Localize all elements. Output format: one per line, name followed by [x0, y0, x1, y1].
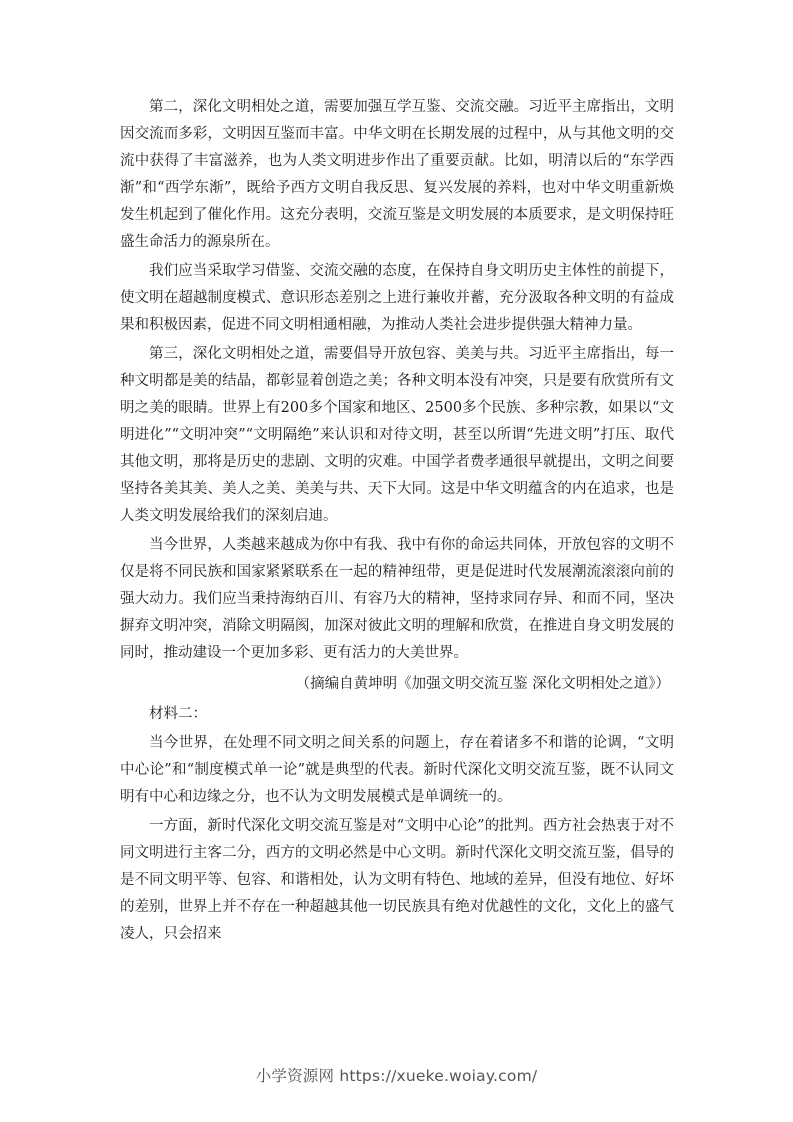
document-page: 第二，深化文明相处之道，需要加强互学互鉴、交流交融。习近平主席指出，文明因交流而… [120, 94, 674, 950]
paragraph-second-point: 第二，深化文明相处之道，需要加强互学互鉴、交流交融。习近平主席指出，文明因交流而… [120, 94, 674, 256]
material-two-label: 材料二： [120, 701, 674, 728]
paragraph-community-of-destiny: 当今世界，人类越来越成为你中有我、我中有你的命运共同体，开放包容的文明不仅是将不… [120, 532, 674, 667]
watermark-footer: 小学资源网 https://xueke.woiay.com/ [0, 1064, 793, 1086]
paragraph-material-two-intro: 当今世界，在处理不同文明之间关系的问题上，存在着诸多不和谐的论调，“文明中心论”… [120, 730, 674, 811]
paragraph-material-two-critique: 一方面，新时代深化文明交流互鉴是对“文明中心论”的批判。西方社会热衷于对不同文明… [120, 813, 674, 948]
paragraph-learning-attitude: 我们应当采取学习借鉴、交流交融的态度，在保持自身文明历史主体性的前提下，使文明在… [120, 258, 674, 339]
source-citation: （摘编自黄坤明《加强文明交流互鉴 深化文明相处之道》） [120, 671, 674, 698]
paragraph-third-point: 第三，深化文明相处之道，需要倡导开放包容、美美与共。习近平主席指出，每一种文明都… [120, 341, 674, 530]
